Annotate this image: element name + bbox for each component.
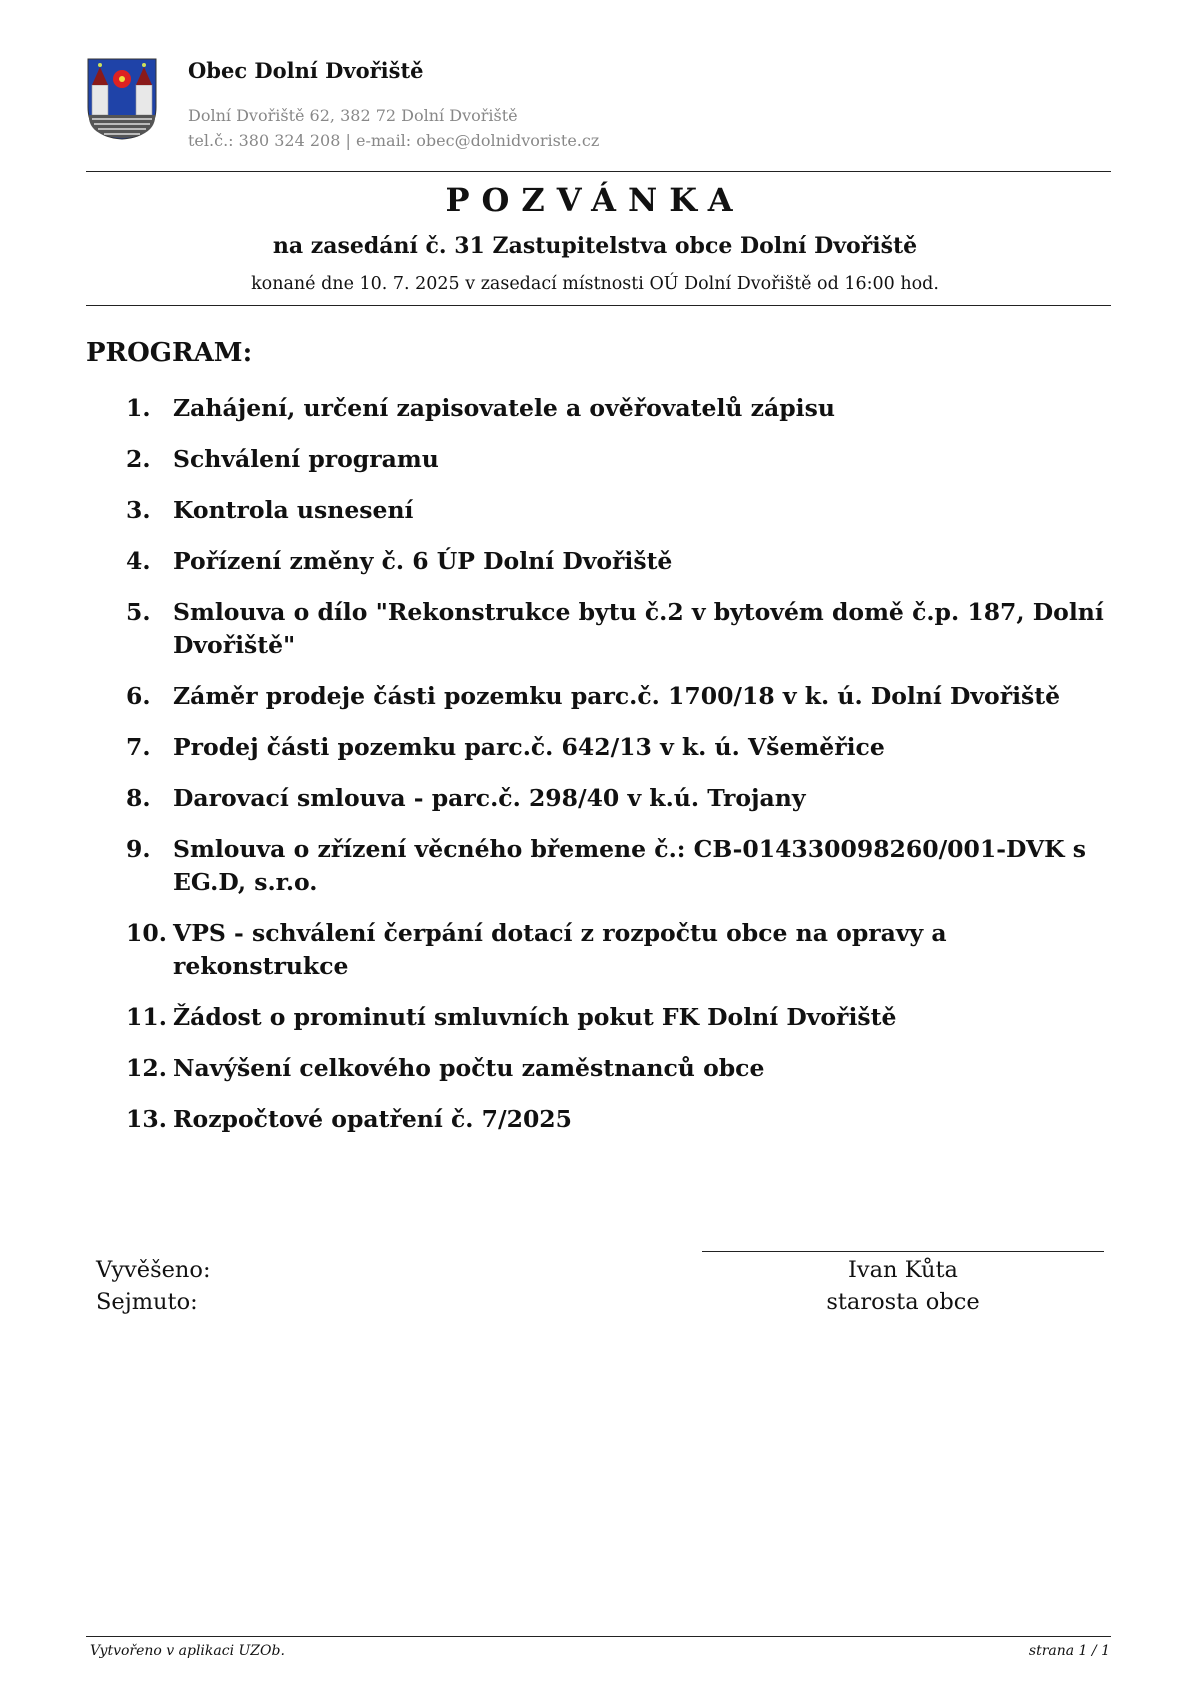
agenda-item: 5.Smlouva o dílo "Rekonstrukce bytu č.2 … <box>126 596 1111 662</box>
page-number: strana 1 / 1 <box>1029 1643 1110 1659</box>
posting-record: Vyvěšeno: Sejmuto: <box>96 1254 211 1318</box>
signer-name: Ivan Kůta <box>702 1254 1104 1286</box>
organization-name: Obec Dolní Dvořiště <box>188 58 424 83</box>
agenda-item-text: Záměr prodeje části pozemku parc.č. 1700… <box>173 680 1111 713</box>
address: Dolní Dvořiště 62, 382 72 Dolní Dvořiště <box>188 103 599 128</box>
meeting-details: konané dne 10. 7. 2025 v zasedací místno… <box>0 274 1190 294</box>
agenda-item-number: 8. <box>126 782 173 815</box>
agenda-item-text: Rozpočtové opatření č. 7/2025 <box>173 1103 1111 1136</box>
contact-line: tel.č.: 380 324 208 | e-mail: obec@dolni… <box>188 128 599 153</box>
posted-label: Vyvěšeno: <box>96 1254 211 1286</box>
agenda-item-number: 2. <box>126 443 173 476</box>
header-divider <box>86 171 1111 172</box>
agenda-item-text: VPS - schválení čerpání dotací z rozpočt… <box>173 917 1111 983</box>
agenda-item-text: Pořízení změny č. 6 ÚP Dolní Dvořiště <box>173 545 1111 578</box>
program-heading: PROGRAM: <box>86 338 252 368</box>
agenda-item-number: 7. <box>126 731 173 764</box>
agenda-item-number: 3. <box>126 494 173 527</box>
coat-of-arms-icon <box>86 57 158 141</box>
agenda-item: 2.Schválení programu <box>126 443 1111 476</box>
signer-block: Ivan Kůta starosta obce <box>702 1254 1104 1318</box>
agenda-item: 1.Zahájení, určení zapisovatele a ověřov… <box>126 392 1111 425</box>
agenda-item: 12.Navýšení celkového počtu zaměstnanců … <box>126 1052 1111 1085</box>
agenda-item: 13.Rozpočtové opatření č. 7/2025 <box>126 1103 1111 1136</box>
signature-line <box>702 1251 1104 1252</box>
agenda-item-number: 11. <box>126 1001 173 1034</box>
agenda-item: 6.Záměr prodeje části pozemku parc.č. 17… <box>126 680 1111 713</box>
agenda-item: 11.Žádost o prominutí smluvních pokut FK… <box>126 1001 1111 1034</box>
agenda-item-number: 5. <box>126 596 173 662</box>
agenda-item: 8.Darovací smlouva - parc.č. 298/40 v k.… <box>126 782 1111 815</box>
document-subtitle: na zasedání č. 31 Zastupitelstva obce Do… <box>0 233 1190 259</box>
agenda-item-text: Kontrola usnesení <box>173 494 1111 527</box>
agenda-item-text: Smlouva o zřízení věcného břemene č.: CB… <box>173 833 1111 899</box>
agenda-item-number: 1. <box>126 392 173 425</box>
agenda-item: 4.Pořízení změny č. 6 ÚP Dolní Dvořiště <box>126 545 1111 578</box>
agenda-list: 1.Zahájení, určení zapisovatele a ověřov… <box>126 392 1111 1154</box>
organization-contact: Dolní Dvořiště 62, 382 72 Dolní Dvořiště… <box>188 103 599 153</box>
title-divider <box>86 305 1111 306</box>
agenda-item-text: Prodej části pozemku parc.č. 642/13 v k.… <box>173 731 1111 764</box>
agenda-item-text: Darovací smlouva - parc.č. 298/40 v k.ú.… <box>173 782 1111 815</box>
agenda-item-text: Navýšení celkového počtu zaměstnanců obc… <box>173 1052 1111 1085</box>
agenda-item-number: 12. <box>126 1052 173 1085</box>
signer-role: starosta obce <box>702 1286 1104 1318</box>
agenda-item-text: Žádost o prominutí smluvních pokut FK Do… <box>173 1001 1111 1034</box>
agenda-item-number: 13. <box>126 1103 173 1136</box>
agenda-item-text: Schválení programu <box>173 443 1111 476</box>
agenda-item-text: Zahájení, určení zapisovatele a ověřovat… <box>173 392 1111 425</box>
agenda-item-number: 9. <box>126 833 173 899</box>
agenda-item: 10.VPS - schválení čerpání dotací z rozp… <box>126 917 1111 983</box>
removed-label: Sejmuto: <box>96 1286 211 1318</box>
agenda-item: 9.Smlouva o zřízení věcného břemene č.: … <box>126 833 1111 899</box>
agenda-item: 3.Kontrola usnesení <box>126 494 1111 527</box>
footer-note: Vytvořeno v aplikaci UZOb. <box>90 1643 285 1659</box>
document-title: POZVÁNKA <box>0 181 1190 219</box>
agenda-item-number: 10. <box>126 917 173 983</box>
footer-divider <box>86 1636 1111 1637</box>
agenda-item: 7.Prodej části pozemku parc.č. 642/13 v … <box>126 731 1111 764</box>
agenda-item-number: 6. <box>126 680 173 713</box>
agenda-item-text: Smlouva o dílo "Rekonstrukce bytu č.2 v … <box>173 596 1111 662</box>
agenda-item-number: 4. <box>126 545 173 578</box>
